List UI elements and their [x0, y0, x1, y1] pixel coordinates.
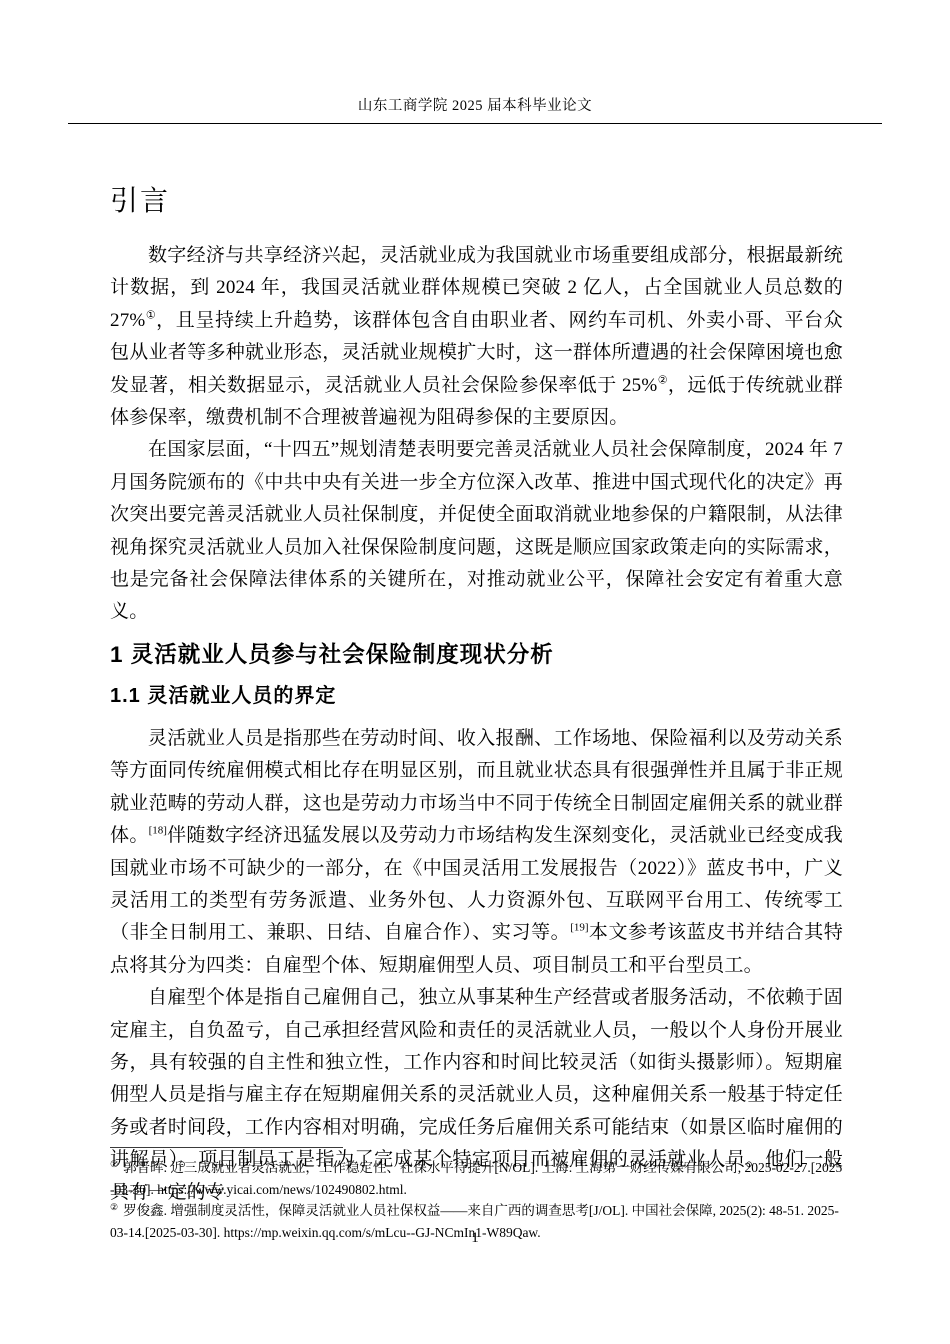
page-number: 1 [0, 1230, 950, 1247]
footnote-1: ①郭晋晖. 近三成就业者灵活就业，工作稳定性、社保水平待提升[N/OL]. 上海… [110, 1157, 843, 1200]
footnote-ref-2-icon: ② [657, 374, 667, 386]
section-1-heading: 1 灵活就业人员参与社会保险制度现状分析 [110, 640, 843, 670]
citation-ref-19: [19] [570, 922, 588, 934]
footnote-1-text: 郭晋晖. 近三成就业者灵活就业，工作稳定性、社保水平待提升[N/OL]. 上海:… [110, 1160, 842, 1197]
footnote-1-marker-icon: ① [110, 1159, 118, 1169]
paragraph-2: 在国家层面，“十四五”规划清楚表明要完善灵活就业人员社会保障制度，2024 年 … [110, 434, 843, 628]
footnote-2-marker-icon: ② [110, 1202, 118, 1212]
intro-heading: 引言 [110, 184, 843, 218]
page-header: 山东工商学院 2025 届本科毕业论文 [68, 94, 882, 124]
footnote-ref-1-icon: ① [145, 309, 156, 321]
running-head-title: 山东工商学院 2025 届本科毕业论文 [358, 98, 592, 114]
section-1-1-heading: 1.1 灵活就业人员的界定 [110, 682, 843, 710]
footnote-area: ①郭晋晖. 近三成就业者灵活就业，工作稳定性、社保水平待提升[N/OL]. 上海… [110, 1147, 843, 1243]
footnote-separator [110, 1147, 343, 1148]
paragraph-1: 数字经济与共享经济兴起，灵活就业成为我国就业市场重要组成部分，根据最新统计数据，… [110, 240, 843, 434]
paragraph-3: 灵活就业人员是指那些在劳动时间、收入报酬、工作场地、保险福利以及劳动关系等方面同… [110, 723, 843, 982]
thesis-page: 山东工商学院 2025 届本科毕业论文 引言 数字经济与共享经济兴起，灵活就业成… [0, 0, 950, 1344]
citation-ref-18: [18] [149, 825, 167, 837]
document-body: 引言 数字经济与共享经济兴起，灵活就业成为我国就业市场重要组成部分，根据最新统计… [110, 184, 843, 1209]
